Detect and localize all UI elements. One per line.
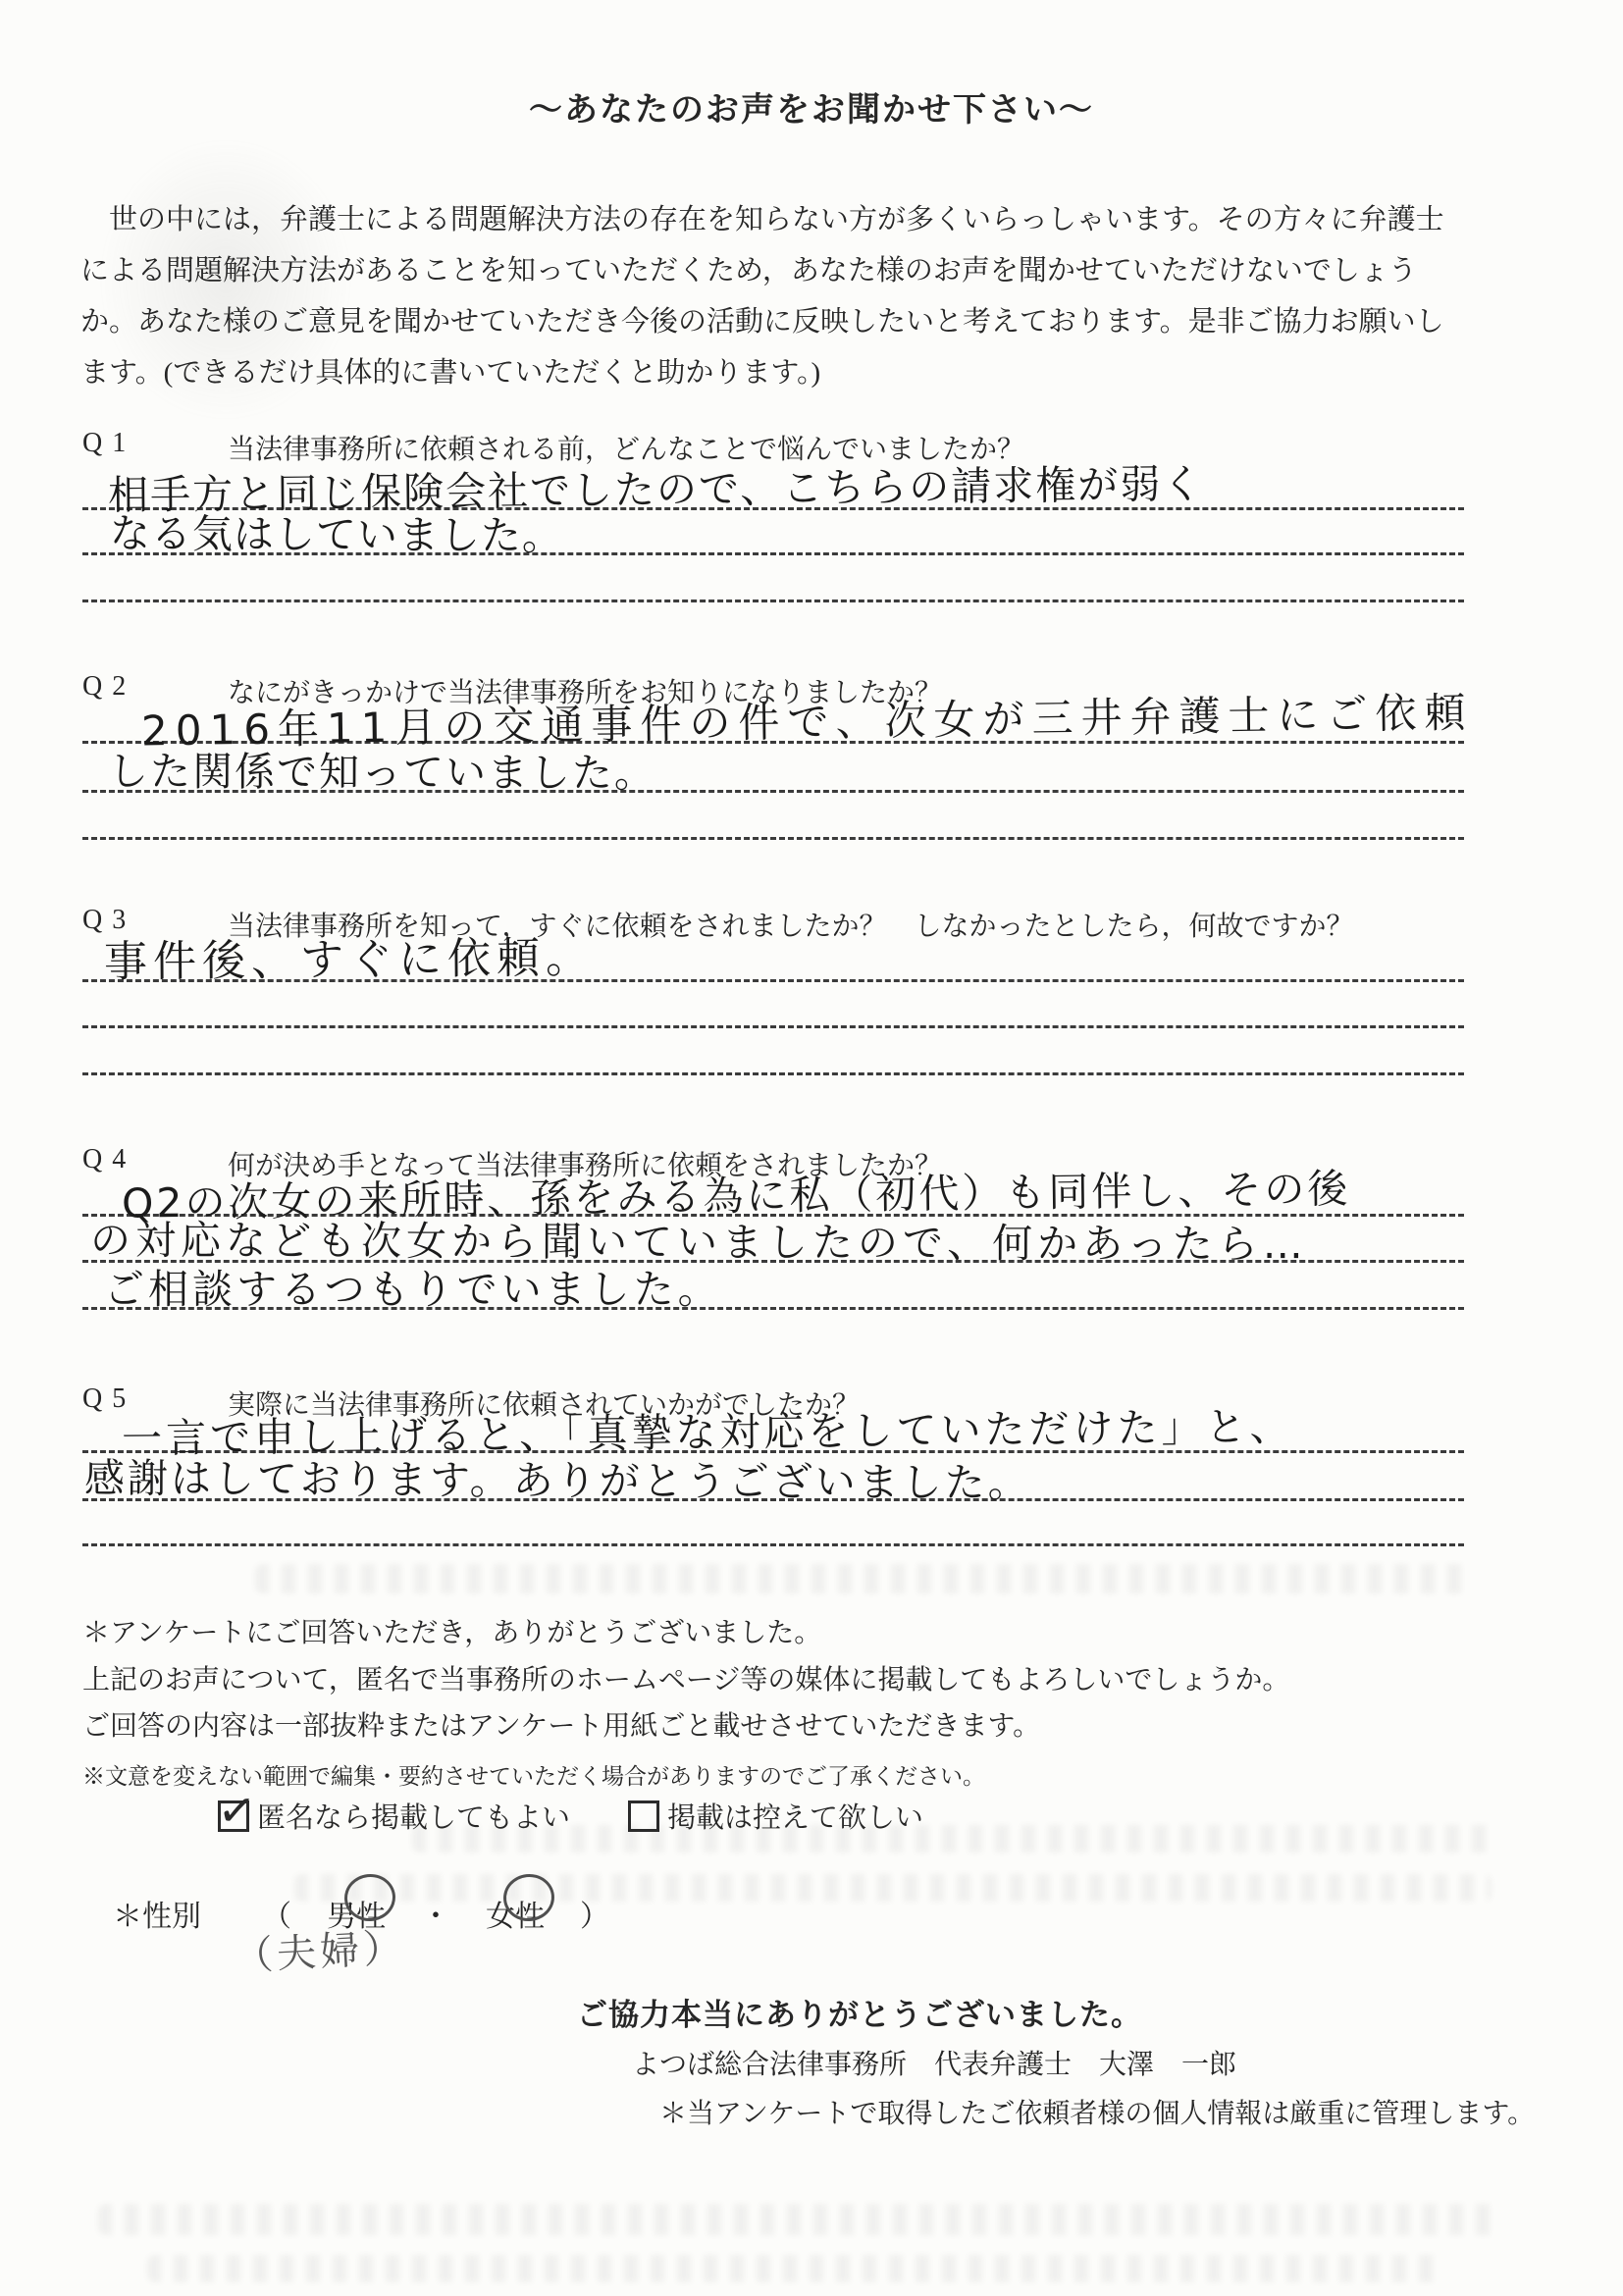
answer-line: 感謝はしております。ありがとうございました。 — [82, 1498, 1464, 1501]
publish-question-line1: 上記のお声について，匿名で当事務所のホームページ等の媒体に掲載してもよろしいでし… — [82, 1658, 1289, 1697]
handwritten-couple-note: （夫婦） — [233, 1916, 408, 1981]
intro-line: か。あなた様のご意見を聞かせていただき今後の活動に反映したいと考えております。是… — [80, 296, 1528, 347]
handwritten-answer: 感謝はしております。ありがとうございました。 — [84, 1445, 1031, 1508]
answer-line — [82, 837, 1464, 840]
answer-line — [82, 1072, 1464, 1075]
edit-disclaimer-note: ※文意を変えない範囲で編集・要約させていただく場合がありますのでご了承ください。 — [82, 1758, 985, 1791]
checkbox-refrain-publish: 掲載は控えて欲しい — [628, 1796, 923, 1836]
checkbox-allow-anonymous-publish: ✓ 匿名なら掲載してもよい — [218, 1796, 570, 1836]
handwritten-answer: なる気はしていました。 — [110, 501, 563, 561]
checkbox-checked-icon: ✓ — [218, 1800, 249, 1832]
bleed-through-text — [255, 1564, 1472, 1593]
bleed-through-text — [98, 2204, 1501, 2235]
handwritten-answer: 事件後、すぐに依頼。 — [104, 922, 596, 989]
checkbox-label: 匿名なら掲載してもよい — [257, 1796, 570, 1836]
answer-line: なる気はしていました。 — [82, 552, 1464, 555]
intro-line: による問題解決方法があることを知っていただくため，あなた様のお声を聞かせていただ… — [80, 245, 1528, 296]
bleed-through-text — [147, 2255, 1442, 2282]
law-firm-signature: よつば総合法律事務所 代表弁護士 大澤 一郎 — [632, 2043, 1236, 2082]
question-number: Q1 — [82, 428, 145, 467]
survey-thanks-note: ＊アンケートにご回答いただき，ありがとうございました。 — [82, 1611, 821, 1650]
answer-line — [82, 1543, 1464, 1546]
handwritten-answer: した関係で知っていました。 — [108, 739, 656, 799]
intro-line: 世の中には，弁護士による問題解決方法の存在を知らない方が多くいらっしゃいます。そ… — [80, 194, 1528, 245]
checkbox-label: 掲載は控えて欲しい — [667, 1796, 923, 1836]
scanned-survey-page: ～あなたのお声をお聞かせ下さい～ 世の中には，弁護士による問題解決方法の存在を知… — [0, 0, 1623, 2296]
handwritten-answer: ご相談するつもりでいました。 — [104, 1257, 722, 1315]
answer-line: 事件後、すぐに依頼。 — [82, 979, 1464, 982]
page-title: ～あなたのお声をお聞かせ下さい～ — [0, 82, 1623, 130]
privacy-note: ＊当アンケートで取得したご依頼者様の個人情報は厳重に管理します。 — [659, 2092, 1535, 2131]
answer-line: した関係で知っていました。 — [82, 790, 1464, 793]
question-number: Q2 — [82, 671, 145, 710]
check-mark-icon: ✓ — [215, 1782, 258, 1839]
bleed-through-text — [412, 1825, 1492, 1852]
checkbox-unchecked-icon — [628, 1800, 659, 1832]
intro-line: ます。(できるだけ具体的に書いていただくと助かります。) — [80, 347, 1528, 398]
gender-separator-dot: ・ — [421, 1892, 450, 1935]
intro-paragraph: 世の中には，弁護士による問題解決方法の存在を知らない方が多くいらっしゃいます。そ… — [80, 194, 1528, 398]
publish-question-line2: ご回答の内容は一部抜粋またはアンケート用紙ごと載せさせていただきます。 — [82, 1704, 1040, 1744]
gender-label: ＊性別 — [113, 1892, 201, 1935]
closing-thanks: ご協力本当にありがとうございました。 — [577, 1990, 1142, 2034]
gender-option-female: 女性 — [486, 1892, 545, 1935]
answer-line — [82, 600, 1464, 602]
answer-line — [82, 1025, 1464, 1028]
answer-line: ご相談するつもりでいました。 — [82, 1307, 1464, 1310]
gender-close-paren: ） — [580, 1892, 609, 1935]
